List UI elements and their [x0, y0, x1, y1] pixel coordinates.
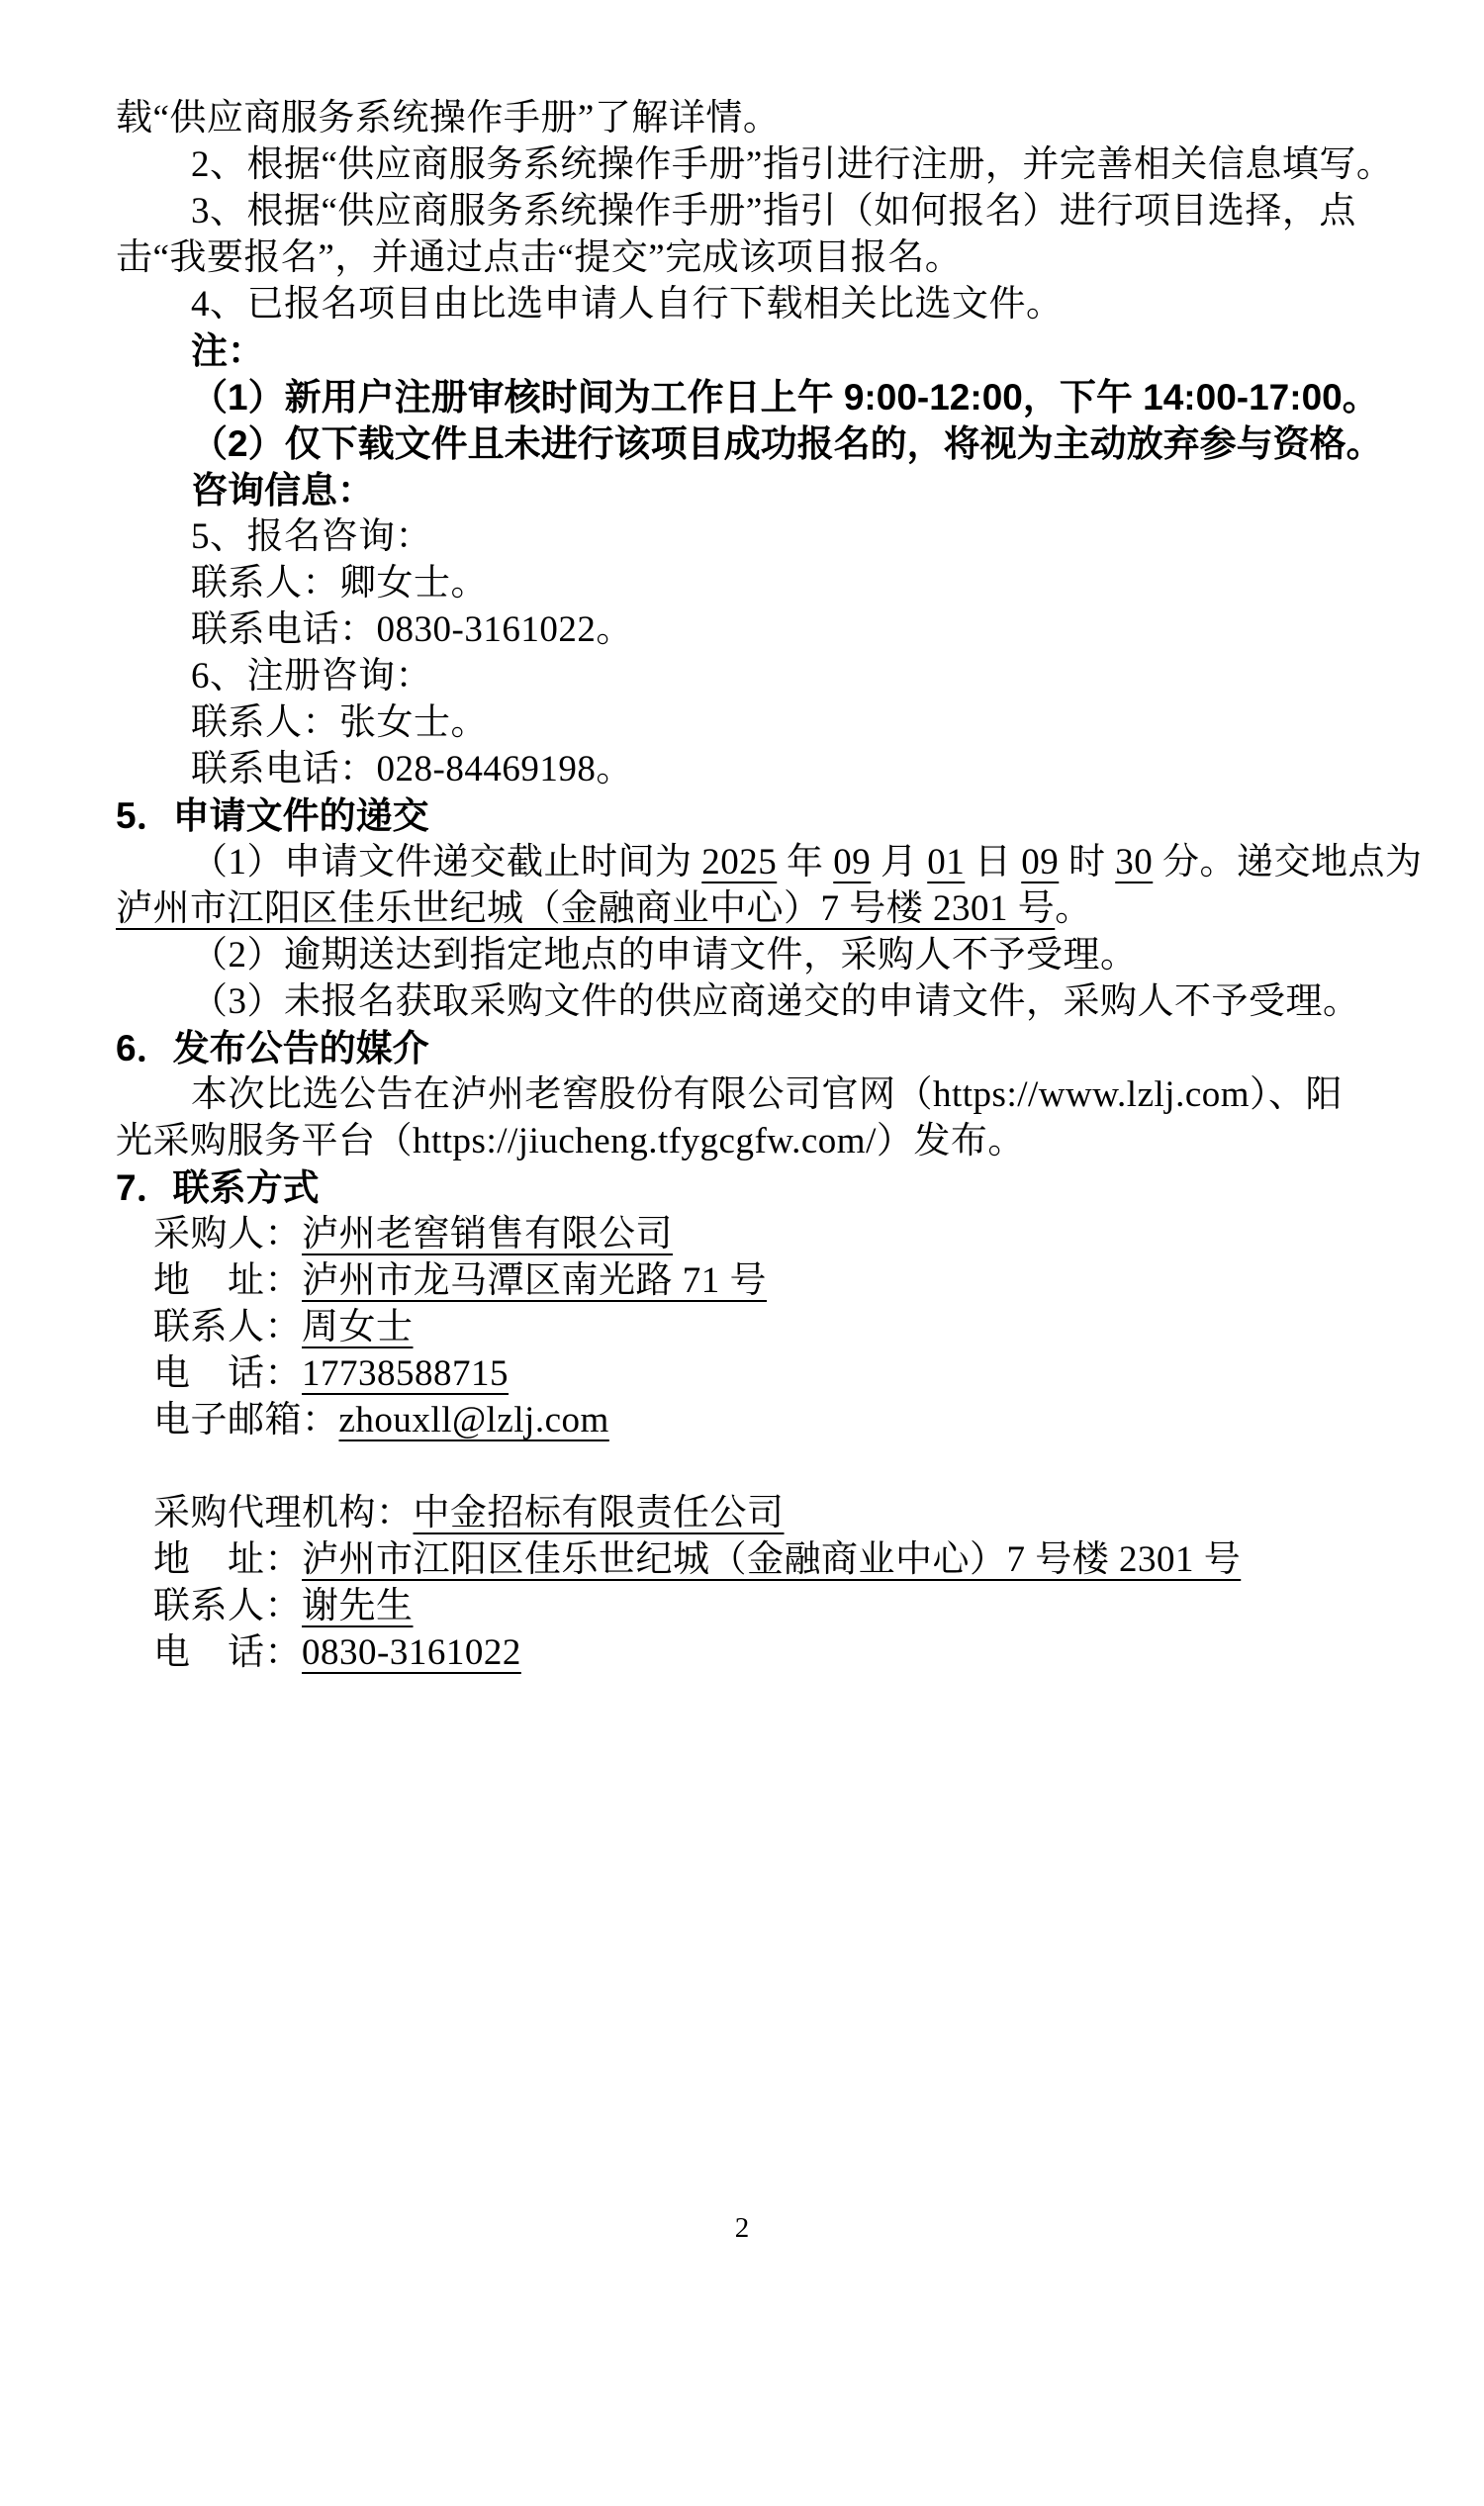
register-contact-person: 联系人：张女士。	[116, 699, 1372, 746]
underlined-value: 泸州市龙马潭区南光路 71 号	[302, 1260, 767, 1301]
underlined-value: 泸州市江阳区佳乐世纪城（金融商业中心）7 号楼 2301 号	[116, 888, 1055, 929]
signup-contact-person: 联系人：卿女士。	[116, 560, 1372, 606]
text-segment: 电子邮箱：	[153, 1400, 339, 1440]
section-7-heading: 7．联系方式	[116, 1164, 1372, 1211]
announcement-media-line-2: 光采购服务平台（https://jiucheng.tfygcgfw.com/）发…	[116, 1118, 1372, 1164]
text-segment: 6、注册咨询：	[191, 656, 432, 696]
text-segment: （2）逾期送达到指定地点的申请文件，采购人不予受理。	[191, 935, 1138, 975]
consult-info-label: 咨询信息：	[116, 467, 1372, 513]
note-item-1: （1）新用户注册审核时间为工作日上午 9:00-12:00，下午 14:00-1…	[116, 374, 1372, 420]
text-segment: 联系电话：028-84469198。	[191, 749, 633, 789]
underlined-value: 09	[833, 842, 871, 882]
text-segment: 时	[1059, 842, 1115, 882]
para-step-3: 3、根据“供应商服务系统操作手册”指引（如何报名）进行项目选择，点	[116, 188, 1372, 234]
signup-contact-phone: 联系电话：0830-3161022。	[116, 606, 1372, 653]
text-segment: （1）新用户注册审核时间为工作日上午 9:00-12:00，下午 14:00-1…	[191, 377, 1379, 418]
text-segment: 6．发布公告的媒介	[116, 1028, 429, 1068]
purchaser-address: 地 址：泸州市龙马潭区南光路 71 号	[116, 1257, 1372, 1304]
document-content: 载“供应商服务系统操作手册”了解详情。2、根据“供应商服务系统操作手册”指引进行…	[116, 95, 1372, 1676]
para-step-2: 2、根据“供应商服务系统操作手册”指引进行注册，并完善相关信息填写。	[116, 141, 1372, 188]
underlined-value: zhouxll@lzlj.com	[339, 1400, 609, 1440]
underlined-value: 谢先生	[302, 1586, 414, 1626]
text-segment: （3）未报名获取采购文件的供应商递交的申请文件，采购人不予受理。	[191, 981, 1360, 1022]
text-segment: 联系电话：0830-3161022。	[191, 609, 633, 650]
text-segment: 2、根据“供应商服务系统操作手册”指引进行注册，并完善相关信息填写。	[191, 144, 1393, 185]
submission-address: 泸州市江阳区佳乐世纪城（金融商业中心）7 号楼 2301 号。	[116, 885, 1372, 932]
note-item-2: （2）仅下载文件且未进行该项目成功报名的，将视为主动放弃参与资格。	[116, 420, 1372, 467]
para-continuation-download-manual: 载“供应商服务系统操作手册”了解详情。	[116, 95, 1372, 141]
agency-contact-person: 联系人：谢先生	[116, 1583, 1372, 1629]
agency-address: 地 址：泸州市江阳区佳乐世纪城（金融商业中心）7 号楼 2301 号	[116, 1536, 1372, 1583]
text-segment: 电 话：	[153, 1353, 302, 1394]
text-segment: （1）申请文件递交截止时间为	[191, 842, 701, 882]
underlined-value: 0830-3161022	[302, 1632, 521, 1673]
para-step-5-signup-consult: 5、报名咨询：	[116, 513, 1372, 560]
text-segment: 联系人：张女士。	[191, 702, 488, 743]
text-segment: 。	[1055, 888, 1092, 929]
underlined-value: 2025	[701, 842, 777, 882]
purchaser-email: 电子邮箱：zhouxll@lzlj.com	[116, 1397, 1372, 1443]
text-segment: 采购人：	[153, 1214, 302, 1254]
text-segment: 5、报名咨询：	[191, 516, 432, 557]
text-segment: 分。递交地点为	[1153, 842, 1422, 882]
text-segment: 载“供应商服务系统操作手册”了解详情。	[116, 98, 780, 139]
register-contact-phone: 联系电话：028-84469198。	[116, 746, 1372, 792]
text-segment: 4、已报名项目由比选申请人自行下载相关比选文件。	[191, 284, 1064, 325]
para-step-3-continuation: 击“我要报名”，并通过点击“提交”完成该项目报名。	[116, 234, 1372, 281]
text-segment: 年	[777, 842, 833, 882]
underlined-value: 09	[1021, 842, 1059, 882]
agency-phone: 电 话：0830-3161022	[116, 1629, 1372, 1676]
text-segment: 本次比选公告在泸州老窖股份有限公司官网（https://www.lzlj.com…	[191, 1074, 1343, 1115]
text-segment: 咨询信息：	[191, 470, 374, 510]
text-segment: 电 话：	[153, 1632, 302, 1673]
text-segment: 日	[965, 842, 1021, 882]
underlined-value: 30	[1115, 842, 1153, 882]
purchaser-contact-person: 联系人：周女士	[116, 1304, 1372, 1350]
text-segment: 联系人：	[153, 1586, 302, 1626]
note-label: 注：	[116, 327, 1372, 374]
text-segment: 月	[871, 842, 927, 882]
section-5-heading: 5．申请文件的递交	[116, 792, 1372, 839]
para-step-6-register-consult: 6、注册咨询：	[116, 653, 1372, 699]
text-segment: 击“我要报名”，并通过点击“提交”完成该项目报名。	[116, 237, 962, 278]
purchaser-phone: 电 话：17738588715	[116, 1350, 1372, 1397]
agency-name: 采购代理机构：中金招标有限责任公司	[116, 1490, 1372, 1536]
underlined-value: 周女士	[302, 1307, 414, 1347]
text-segment: 采购代理机构：	[153, 1493, 414, 1533]
text-segment: 3、根据“供应商服务系统操作手册”指引（如何报名）进行项目选择，点	[191, 191, 1356, 232]
text-segment: 联系人：	[153, 1307, 302, 1347]
underlined-value: 中金招标有限责任公司	[414, 1493, 785, 1533]
announcement-media-line-1: 本次比选公告在泸州老窖股份有限公司官网（https://www.lzlj.com…	[116, 1071, 1372, 1118]
submission-rule-3: （3）未报名获取采购文件的供应商递交的申请文件，采购人不予受理。	[116, 978, 1372, 1025]
purchaser-name: 采购人：泸州老窖销售有限公司	[116, 1211, 1372, 1257]
para-step-4: 4、已报名项目由比选申请人自行下载相关比选文件。	[116, 281, 1372, 327]
submission-rule-2: （2）逾期送达到指定地点的申请文件，采购人不予受理。	[116, 932, 1372, 978]
text-segment: 光采购服务平台（https://jiucheng.tfygcgfw.com/）发…	[116, 1121, 1025, 1161]
underlined-value: 泸州老窖销售有限公司	[302, 1214, 673, 1254]
section-6-heading: 6．发布公告的媒介	[116, 1025, 1372, 1071]
page-number: 2	[0, 2210, 1484, 2246]
text-segment: 联系人：卿女士。	[191, 563, 488, 603]
text-segment: 地 址：	[153, 1539, 302, 1580]
underlined-value: 17738588715	[302, 1353, 509, 1394]
document-page: 载“供应商服务系统操作手册”了解详情。2、根据“供应商服务系统操作手册”指引进行…	[0, 0, 1484, 2506]
text-segment: 7．联系方式	[116, 1167, 320, 1208]
text-segment: 地 址：	[153, 1260, 302, 1301]
text-segment: （2）仅下载文件且未进行该项目成功报名的，将视为主动放弃参与资格。	[191, 423, 1383, 464]
submission-deadline: （1）申请文件递交截止时间为 2025 年 09 月 01 日 09 时 30 …	[116, 839, 1372, 885]
text-segment: 5．申请文件的递交	[116, 795, 429, 836]
underlined-value: 泸州市江阳区佳乐世纪城（金融商业中心）7 号楼 2301 号	[302, 1539, 1241, 1580]
blank-line	[116, 1443, 1372, 1490]
text-segment: 注：	[191, 330, 264, 371]
underlined-value: 01	[927, 842, 965, 882]
